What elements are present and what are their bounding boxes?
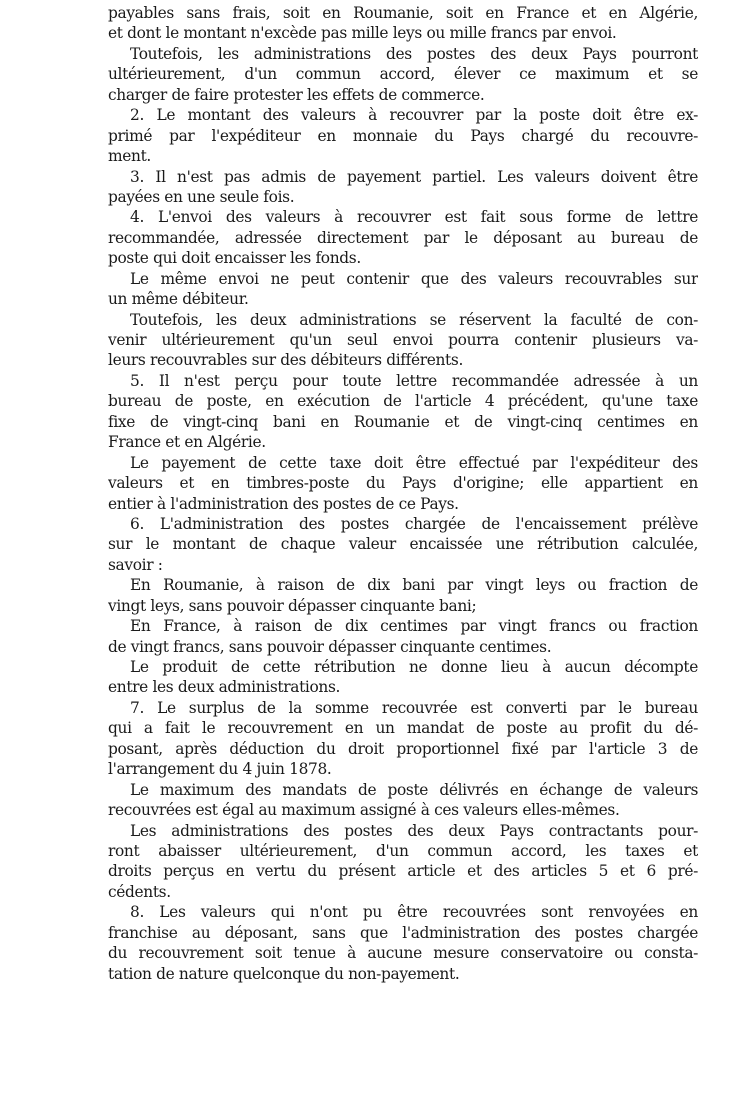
text-line: sur le montant de chaque valeur encaissé…: [108, 534, 698, 554]
text-line: 2. Le montant des valeurs à recouvrer pa…: [108, 105, 698, 125]
text-line: charger de faire protester les effets de…: [108, 85, 698, 105]
text-line: ront abaisser ultérieurement, d'un commu…: [108, 841, 698, 861]
text-line: 7. Le surplus de la somme recouvrée est …: [108, 698, 698, 718]
text-line: payables sans frais, soit en Roumanie, s…: [108, 3, 698, 23]
text-line: l'arrangement du 4 juin 1878.: [108, 759, 698, 779]
text-line: recommandée, adressée directement par le…: [108, 228, 698, 248]
text-line: Le maximum des mandats de poste délivrés…: [108, 780, 698, 800]
article-4: 4. L'envoi des valeurs à recouvrer est f…: [108, 207, 698, 268]
article-2: 2. Le montant des valeurs à recouvrer pa…: [108, 105, 698, 166]
text-line: savoir :: [108, 555, 698, 575]
text-line: venir ultérieurement qu'un seul envoi po…: [108, 330, 698, 350]
text-line: 3. Il n'est pas admis de payement partie…: [108, 167, 698, 187]
text-line: droits perçus en vertu du présent articl…: [108, 861, 698, 881]
article-5: 5. Il n'est perçu pour toute lettre reco…: [108, 371, 698, 453]
text-line: En Roumanie, à raison de dix bani par vi…: [108, 575, 698, 595]
article-4-paragraph-2: Le même envoi ne peut contenir que des v…: [108, 269, 698, 310]
document-page: payables sans frais, soit en Roumanie, s…: [108, 3, 698, 984]
article-7: 7. Le surplus de la somme recouvrée est …: [108, 698, 698, 780]
article-7-maximum: Le maximum des mandats de poste délivrés…: [108, 780, 698, 821]
paragraph-continuation: payables sans frais, soit en Roumanie, s…: [108, 3, 698, 44]
text-line: 4. L'envoi des valeurs à recouvrer est f…: [108, 207, 698, 227]
text-line: recouvrées est égal au maximum assigné à…: [108, 800, 698, 820]
text-line: un même débiteur.: [108, 289, 698, 309]
text-line: 5. Il n'est perçu pour toute lettre reco…: [108, 371, 698, 391]
text-line: 6. L'administration des postes chargée d…: [108, 514, 698, 534]
text-line: Toutefois, les administrations des poste…: [108, 44, 698, 64]
text-line: fixe de vingt-cinq bani en Roumanie et d…: [108, 412, 698, 432]
text-line: Le même envoi ne peut contenir que des v…: [108, 269, 698, 289]
text-line: poste qui doit encaisser les fonds.: [108, 248, 698, 268]
paragraph-toutefois: Toutefois, les administrations des poste…: [108, 44, 698, 105]
article-5-paragraph-2: Le payement de cette taxe doit être effe…: [108, 453, 698, 514]
text-line: posant, après déduction du droit proport…: [108, 739, 698, 759]
article-6-produit: Le produit de cette rétribution ne donne…: [108, 657, 698, 698]
text-line: entier à l'administration des postes de …: [108, 494, 698, 514]
text-line: bureau de poste, en exécution de l'artic…: [108, 391, 698, 411]
text-line: franchise au déposant, sans que l'admini…: [108, 923, 698, 943]
article-3: 3. Il n'est pas admis de payement partie…: [108, 167, 698, 208]
text-line: cédents.: [108, 882, 698, 902]
article-6: 6. L'administration des postes chargée d…: [108, 514, 698, 575]
text-line: Toutefois, les deux administrations se r…: [108, 310, 698, 330]
text-line: Les administrations des postes des deux …: [108, 821, 698, 841]
text-line: qui a fait le recouvrement en un mandat …: [108, 718, 698, 738]
text-line: ment.: [108, 146, 698, 166]
text-line: ultérieurement, d'un commun accord, élev…: [108, 64, 698, 84]
text-line: et dont le montant n'excède pas mille le…: [108, 23, 698, 43]
text-line: payées en une seule fois.: [108, 187, 698, 207]
text-line: Le payement de cette taxe doit être effe…: [108, 453, 698, 473]
text-line: entre les deux administrations.: [108, 677, 698, 697]
text-line: primé par l'expéditeur en monnaie du Pay…: [108, 126, 698, 146]
text-line: Le produit de cette rétribution ne donne…: [108, 657, 698, 677]
article-6-france: En France, à raison de dix centimes par …: [108, 616, 698, 657]
text-line: France et en Algérie.: [108, 432, 698, 452]
text-line: En France, à raison de dix centimes par …: [108, 616, 698, 636]
text-line: tation de nature quelconque du non-payem…: [108, 964, 698, 984]
article-8: 8. Les valeurs qui n'ont pu être recouvr…: [108, 902, 698, 984]
text-line: de vingt francs, sans pouvoir dépasser c…: [108, 637, 698, 657]
text-line: vingt leys, sans pouvoir dépasser cinqua…: [108, 596, 698, 616]
article-4-paragraph-3: Toutefois, les deux administrations se r…: [108, 310, 698, 371]
article-7-abaisser: Les administrations des postes des deux …: [108, 821, 698, 903]
text-line: leurs recouvrables sur des débiteurs dif…: [108, 350, 698, 370]
text-line: 8. Les valeurs qui n'ont pu être recouvr…: [108, 902, 698, 922]
article-6-roumanie: En Roumanie, à raison de dix bani par vi…: [108, 575, 698, 616]
text-line: du recouvrement soit tenue à aucune mesu…: [108, 943, 698, 963]
text-line: valeurs et en timbres-poste du Pays d'or…: [108, 473, 698, 493]
